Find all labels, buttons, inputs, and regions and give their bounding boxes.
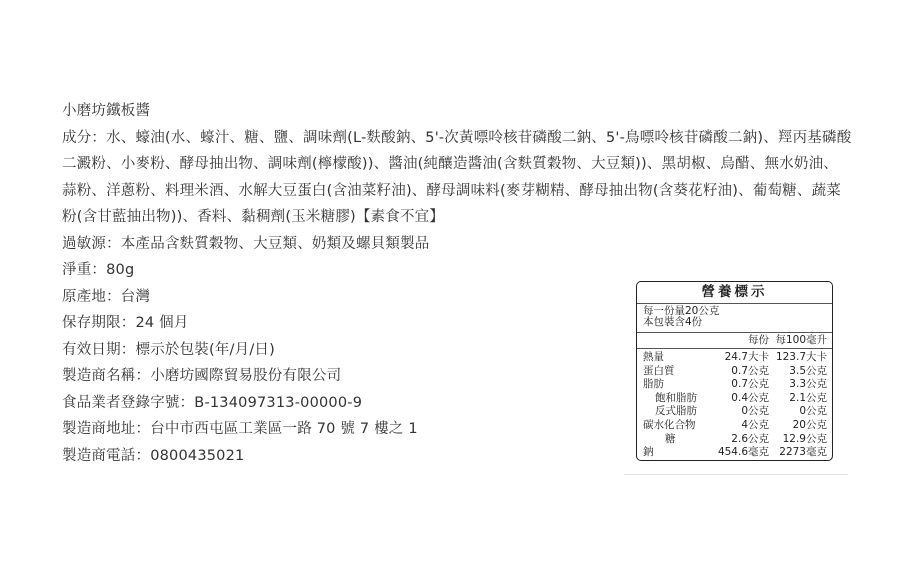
- per-serving-value: 4公克: [709, 419, 769, 433]
- header-per-serving: 每份: [709, 333, 769, 348]
- nutrient-label: 蛋白質: [637, 365, 709, 379]
- nutrition-row-fat: 脂肪 0.7公克 3.3公克: [637, 378, 832, 392]
- nutrient-label: 糖: [637, 433, 709, 447]
- per-100-value: 20公克: [769, 419, 827, 433]
- allergens-text: 過敏源：本產品含麩質穀物、大豆類、奶類及螺貝類製品: [62, 231, 852, 258]
- per-100-value: 12.9公克: [769, 433, 827, 447]
- servings-per-pack: 本包裝含4份: [643, 317, 826, 328]
- nutrition-row-trans-fat: 反式脂肪 0公克 0公克: [637, 405, 832, 419]
- per-serving-value: 0.7公克: [709, 378, 769, 392]
- nutrition-row-sodium: 鈉 454.6毫克 2273毫克: [637, 446, 832, 460]
- nutrition-title: 營養標示: [637, 282, 832, 304]
- nutrition-row-energy: 熱量 24.7大卡 123.7大卡: [637, 351, 832, 365]
- nutrient-label: 脂肪: [637, 378, 709, 392]
- nutrient-label: 碳水化合物: [637, 419, 709, 433]
- per-100-value: 3.3公克: [769, 378, 827, 392]
- per-100-value: 3.5公克: [769, 365, 827, 379]
- nutrient-label: 飽和脂肪: [637, 392, 709, 406]
- per-serving-value: 0.4公克: [709, 392, 769, 406]
- nutrition-row-protein: 蛋白質 0.7公克 3.5公克: [637, 365, 832, 379]
- per-serving-value: 0.7公克: [709, 365, 769, 379]
- net-weight-text: 淨重：80g: [62, 257, 852, 284]
- per-serving-value: 24.7大卡: [709, 351, 769, 365]
- ingredients-text: 成分：水、蠔油(水、蠔汁、糖、鹽、調味劑(L-麩酸鈉、5'-次黃嘌呤核苷磷酸二鈉…: [62, 125, 852, 231]
- per-100-value: 2273毫克: [769, 446, 827, 460]
- nutrition-facts-label: 營養標示 每一份量20公克 本包裝含4份 每份 每100毫升 熱量 24.7大卡…: [636, 281, 833, 461]
- nutrition-row-carbohydrate: 碳水化合物 4公克 20公克: [637, 419, 832, 433]
- per-100-value: 2.1公克: [769, 392, 827, 406]
- per-serving-value: 2.6公克: [709, 433, 769, 447]
- per-100-value: 0公克: [769, 405, 827, 419]
- header-per-100: 每100毫升: [769, 333, 827, 348]
- nutrient-label: 熱量: [637, 351, 709, 365]
- nutrition-row-saturated-fat: 飽和脂肪 0.4公克 2.1公克: [637, 392, 832, 406]
- nutrient-label: 鈉: [637, 446, 709, 460]
- per-serving-value: 454.6毫克: [709, 446, 769, 460]
- serving-info: 每一份量20公克 本包裝含4份: [637, 304, 832, 333]
- nutrition-header-row: 每份 每100毫升: [637, 333, 832, 349]
- per-100-value: 123.7大卡: [769, 351, 827, 365]
- product-name: 小磨坊鐵板醬: [62, 98, 852, 125]
- divider-line: [624, 474, 848, 475]
- nutrition-rows: 熱量 24.7大卡 123.7大卡 蛋白質 0.7公克 3.5公克 脂肪 0.7…: [637, 349, 832, 460]
- nutrient-label: 反式脂肪: [637, 405, 709, 419]
- per-serving-value: 0公克: [709, 405, 769, 419]
- nutrition-row-sugar: 糖 2.6公克 12.9公克: [637, 433, 832, 447]
- header-blank: [637, 333, 709, 348]
